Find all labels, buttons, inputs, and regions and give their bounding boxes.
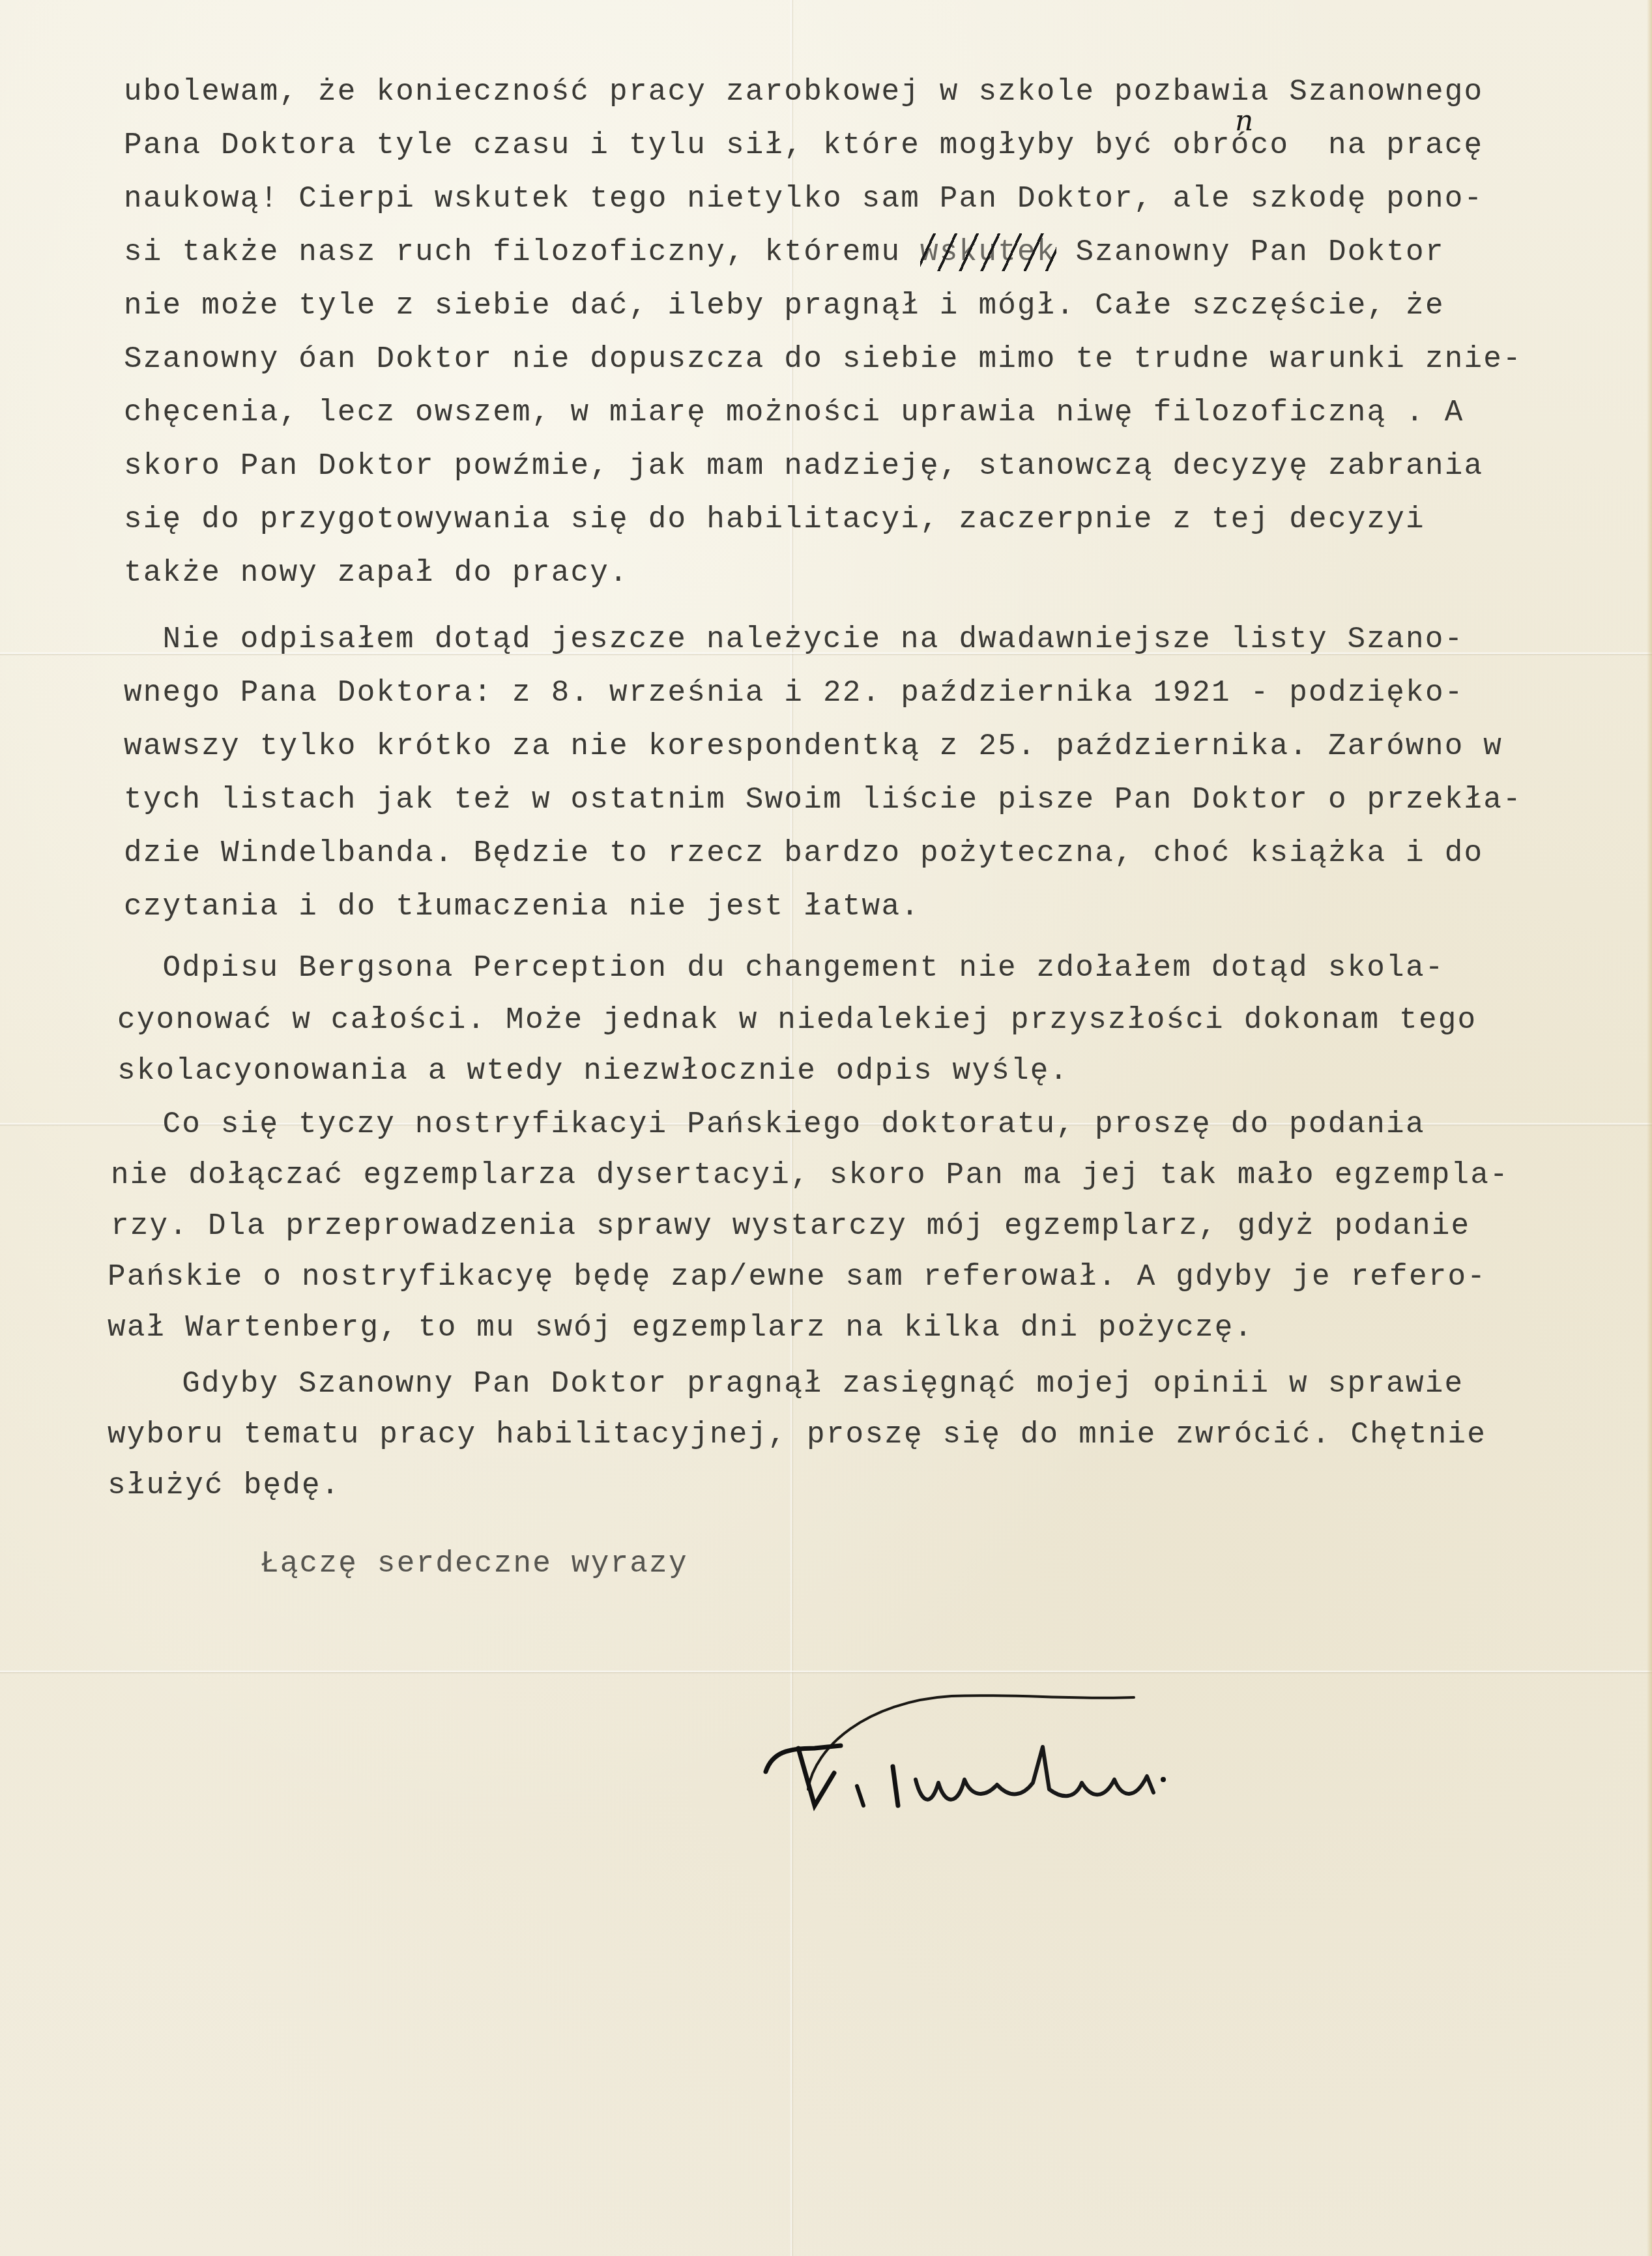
handwritten-correction: n [1235, 104, 1253, 138]
text-line: Co się tyczy nostryfikacyi Pańskiego dok… [104, 1109, 1425, 1139]
text-line: Pana Doktora tyle czasu i tylu sił, któr… [124, 130, 1483, 160]
text-line: służyć będę. [108, 1471, 341, 1501]
closing-salutation: Łączę serdeczne wyrazy [261, 1549, 688, 1579]
text-line: nie może tyle z siebie dać, ileby pragną… [124, 291, 1445, 321]
text-line: cyonować w całości. Może jednak w niedal… [117, 1005, 1477, 1035]
text-line: rzy. Dla przeprowadzenia sprawy wystarcz… [111, 1211, 1470, 1241]
text-line: ubolewam, że konieczność pracy zarobkowe… [124, 77, 1483, 107]
text-line: dzie Windelbanda. Będzie to rzecz bardzo… [124, 838, 1483, 868]
text-line: także nowy zapał do pracy. [124, 558, 629, 588]
text-line: Nie odpisałem dotąd jeszcze należycie na… [104, 624, 1464, 654]
text-line: nie dołączać egzemplarza dysertacyi, sko… [111, 1160, 1509, 1190]
text-line: naukową! Cierpi wskutek tego nietylko sa… [124, 184, 1483, 214]
text-line: wyboru tematu pracy habilitacyjnej, pros… [108, 1420, 1486, 1450]
text-line: skoro Pan Doktor powźmie, jak mam nadzie… [124, 451, 1483, 481]
text-line: Szanowny óan Doktor nie dopuszcza do sie… [124, 344, 1522, 374]
text-line: Pańskie o nostryfikacyę będę zap/ewne sa… [108, 1262, 1486, 1292]
text-segment: si także nasz ruch filozoficzny, któremu [124, 235, 901, 269]
text-line: chęcenia, lecz owszem, w miarę możności … [124, 398, 1464, 428]
signature-flourish-icon [736, 1675, 1297, 1812]
horizontal-fold-crease [0, 1670, 1652, 1674]
text-line: si także nasz ruch filozoficzny, któremu… [124, 237, 1445, 267]
text-line: wnego Pana Doktora: z 8. września i 22. … [124, 678, 1464, 708]
text-line: wał Wartenberg, to mu swój egzemplarz na… [108, 1313, 1253, 1343]
text-line: się do przygotowywania się do habilitacy… [124, 505, 1425, 535]
text-line: skolacyonowania a wtedy niezwłocznie odp… [117, 1056, 1069, 1086]
signature [736, 1675, 1297, 1812]
text-segment: Szanowny Pan Doktor [1056, 235, 1445, 269]
text-line: wawszy tylko krótko za nie korespondentk… [124, 731, 1503, 761]
struck-out-word: wskutek [920, 237, 1056, 267]
text-line: czytania i do tłumaczenia nie jest łatwa… [124, 892, 920, 922]
paper-edge [1647, 0, 1652, 2256]
text-line: Gdyby Szanowny Pan Doktor pragnął zasięg… [104, 1369, 1464, 1399]
text-line: tych listach jak też w ostatnim Swoim li… [124, 785, 1522, 815]
text-line: Odpisu Bergsona Perception du changement… [104, 953, 1445, 983]
